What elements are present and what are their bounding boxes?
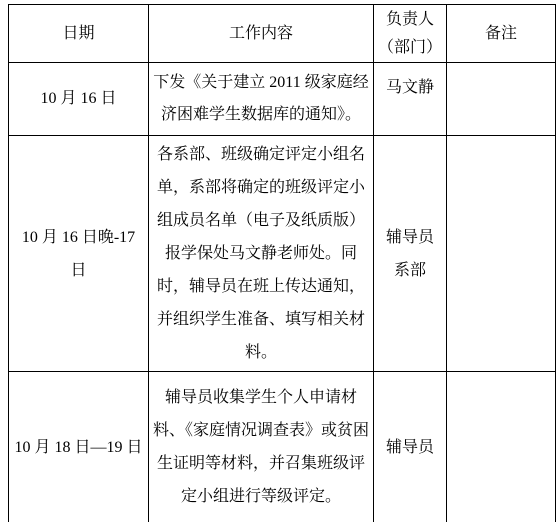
table-row-oct16: 10 月 16 日 下发《关于建立 2011 级家庭经济困难学生数据库的通知》。… [9, 63, 556, 136]
remark-cell [447, 372, 556, 522]
date-cell: 10 月 18 日—19 日 [9, 372, 149, 522]
table-row-oct16-17: 10 月 16 日晚-17 日 各系部、班级确定评定小组名单，系部将确定的班级评… [9, 136, 556, 372]
header-date: 日期 [9, 5, 149, 63]
remark-cell [447, 136, 556, 372]
owner-cell: 马文静 [374, 63, 447, 136]
document-page: 日期 工作内容 负责人 （部门） 备注 10 月 16 日 下发《关于建立 20… [0, 4, 558, 522]
date-cell: 10 月 16 日晚-17 日 [9, 136, 149, 372]
work-content-cell: 各系部、班级确定评定小组名单，系部将确定的班级评定小组成员名单（电子及纸质版）报… [149, 136, 374, 372]
header-remark: 备注 [447, 5, 556, 63]
owner-cell: 辅导员 [374, 372, 447, 522]
work-content-cell: 辅导员收集学生个人申请材料、《家庭情况调查表》或贫困生证明等材料，并召集班级评定… [149, 372, 374, 522]
work-schedule-table: 日期 工作内容 负责人 （部门） 备注 10 月 16 日 下发《关于建立 20… [8, 4, 556, 522]
table-header-row: 日期 工作内容 负责人 （部门） 备注 [9, 5, 556, 63]
remark-cell [447, 63, 556, 136]
date-cell: 10 月 16 日 [9, 63, 149, 136]
work-content-cell: 下发《关于建立 2011 级家庭经济困难学生数据库的通知》。 [149, 63, 374, 136]
table-row-oct18-19: 10 月 18 日—19 日 辅导员收集学生个人申请材料、《家庭情况调查表》或贫… [9, 372, 556, 522]
owner-cell: 辅导员 系部 [374, 136, 447, 372]
header-owner-department: 负责人 （部门） [374, 5, 447, 63]
header-work-content: 工作内容 [149, 5, 374, 63]
